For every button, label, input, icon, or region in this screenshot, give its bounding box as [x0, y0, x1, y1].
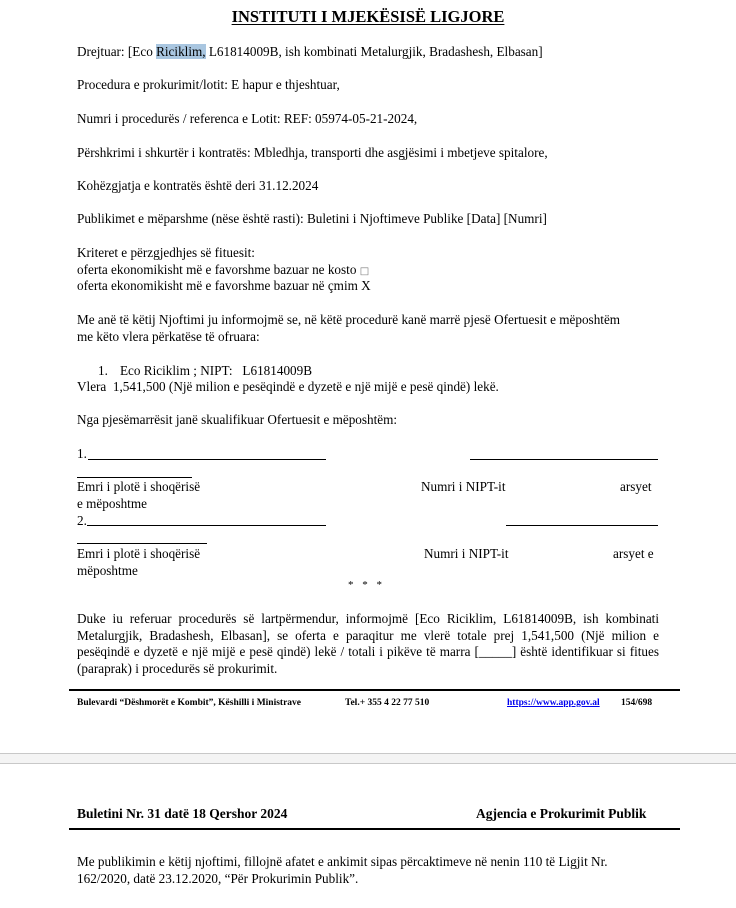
nipt-label: Numri i NIPT-it [424, 545, 509, 562]
blank-reason-line [77, 543, 207, 544]
website-link[interactable]: https://www.app.gov.al [507, 698, 600, 708]
addressed-prefix: Drejtuar: [Eco [77, 44, 156, 59]
company-name-label: Emri i plotë i shoqërisë [77, 545, 200, 562]
footer-phone: Tel.+ 355 4 22 77 510 [345, 697, 429, 709]
checkbox-empty-icon: □ [360, 266, 369, 277]
contract-description: Përshkrimi i shkurtër i kontratës: Mbled… [77, 144, 548, 161]
appeal-notice-line1: Me publikimin e këtij njoftimi, fillojnë… [77, 853, 608, 870]
footer-address: Bulevardi “Dëshmorët e Kombit”, Këshilli… [77, 697, 301, 709]
section-separator: * * * [348, 577, 385, 594]
procedure-type: Procedura e prokurimit/lotit: E hapur e … [77, 76, 340, 93]
blank-nipt-line [506, 525, 658, 526]
criteria-option-label: oferta ekonomikisht më e favorshme bazua… [77, 262, 356, 277]
disqualified-number: 2. [77, 512, 87, 529]
criteria-option-price: oferta ekonomikisht më e favorshme bazua… [77, 277, 371, 294]
blank-nipt-line [470, 459, 658, 460]
participants-intro-line1: Me anë të këtij Njoftimi ju informojmë s… [77, 311, 620, 328]
addressed-suffix: L61814009B, ish kombinati Metalurgjik, B… [206, 44, 543, 59]
reason-label: arsyet [620, 478, 652, 495]
appeal-notice-line2: 162/2020, datë 23.12.2020, “Për Prokurim… [77, 870, 358, 887]
disqualified-intro: Nga pjesëmarrësit janë skualifikuar Ofer… [77, 411, 397, 428]
reason-label-cont: e mëposhtme [77, 495, 147, 512]
page-number: 154/698 [621, 697, 652, 709]
previous-publications: Publikimet e mëparshme (nëse është rasti… [77, 210, 547, 227]
document-title: INSTITUTI I MJEKËSISË LIGJORE [0, 8, 736, 25]
participants-intro-line2: me këto vlera përkatëse të ofruara: [77, 328, 260, 345]
agency-header: Agjencia e Prokurimit Publik [476, 805, 646, 822]
blank-name-line [88, 459, 326, 460]
criteria-heading: Kriteret e përzgjedhjes së fituesit: [77, 244, 255, 261]
criteria-option-label: oferta ekonomikisht më e favorshme bazua… [77, 278, 358, 293]
bulletin-header: Buletini Nr. 31 datë 18 Qershor 2024 [77, 805, 287, 822]
bidder-value: Vlera 1,541,500 (Një milion e pesëqindë … [77, 378, 499, 395]
header-rule [69, 828, 680, 830]
checkbox-checked-mark: X [361, 278, 371, 293]
procedure-reference: Numri i procedurës / referenca e Lotit: … [77, 110, 417, 127]
nipt-label: Numri i NIPT-it [421, 478, 506, 495]
bidder-number: 1. [98, 362, 108, 379]
selected-text-highlight[interactable]: Riciklim, [156, 44, 205, 59]
footer-link-wrap: https://www.app.gov.al [507, 697, 600, 709]
disqualified-number: 1. [77, 445, 87, 462]
blank-name-line [87, 525, 326, 526]
footer-rule [69, 689, 680, 691]
winner-paragraph: Duke iu referuar procedurës së lartpërme… [77, 611, 659, 677]
page-break [0, 753, 736, 764]
reason-label-cont: mëposhtme [77, 562, 138, 579]
company-name-label: Emri i plotë i shoqërisë [77, 478, 200, 495]
reason-label: arsyet e [613, 545, 654, 562]
addressed-to: Drejtuar: [Eco Riciklim, L61814009B, ish… [77, 43, 543, 60]
bidder-name-nipt: Eco Riciklim ; NIPT: L61814009B [120, 362, 312, 379]
contract-duration: Kohëzgjatja e kontratës është deri 31.12… [77, 177, 318, 194]
